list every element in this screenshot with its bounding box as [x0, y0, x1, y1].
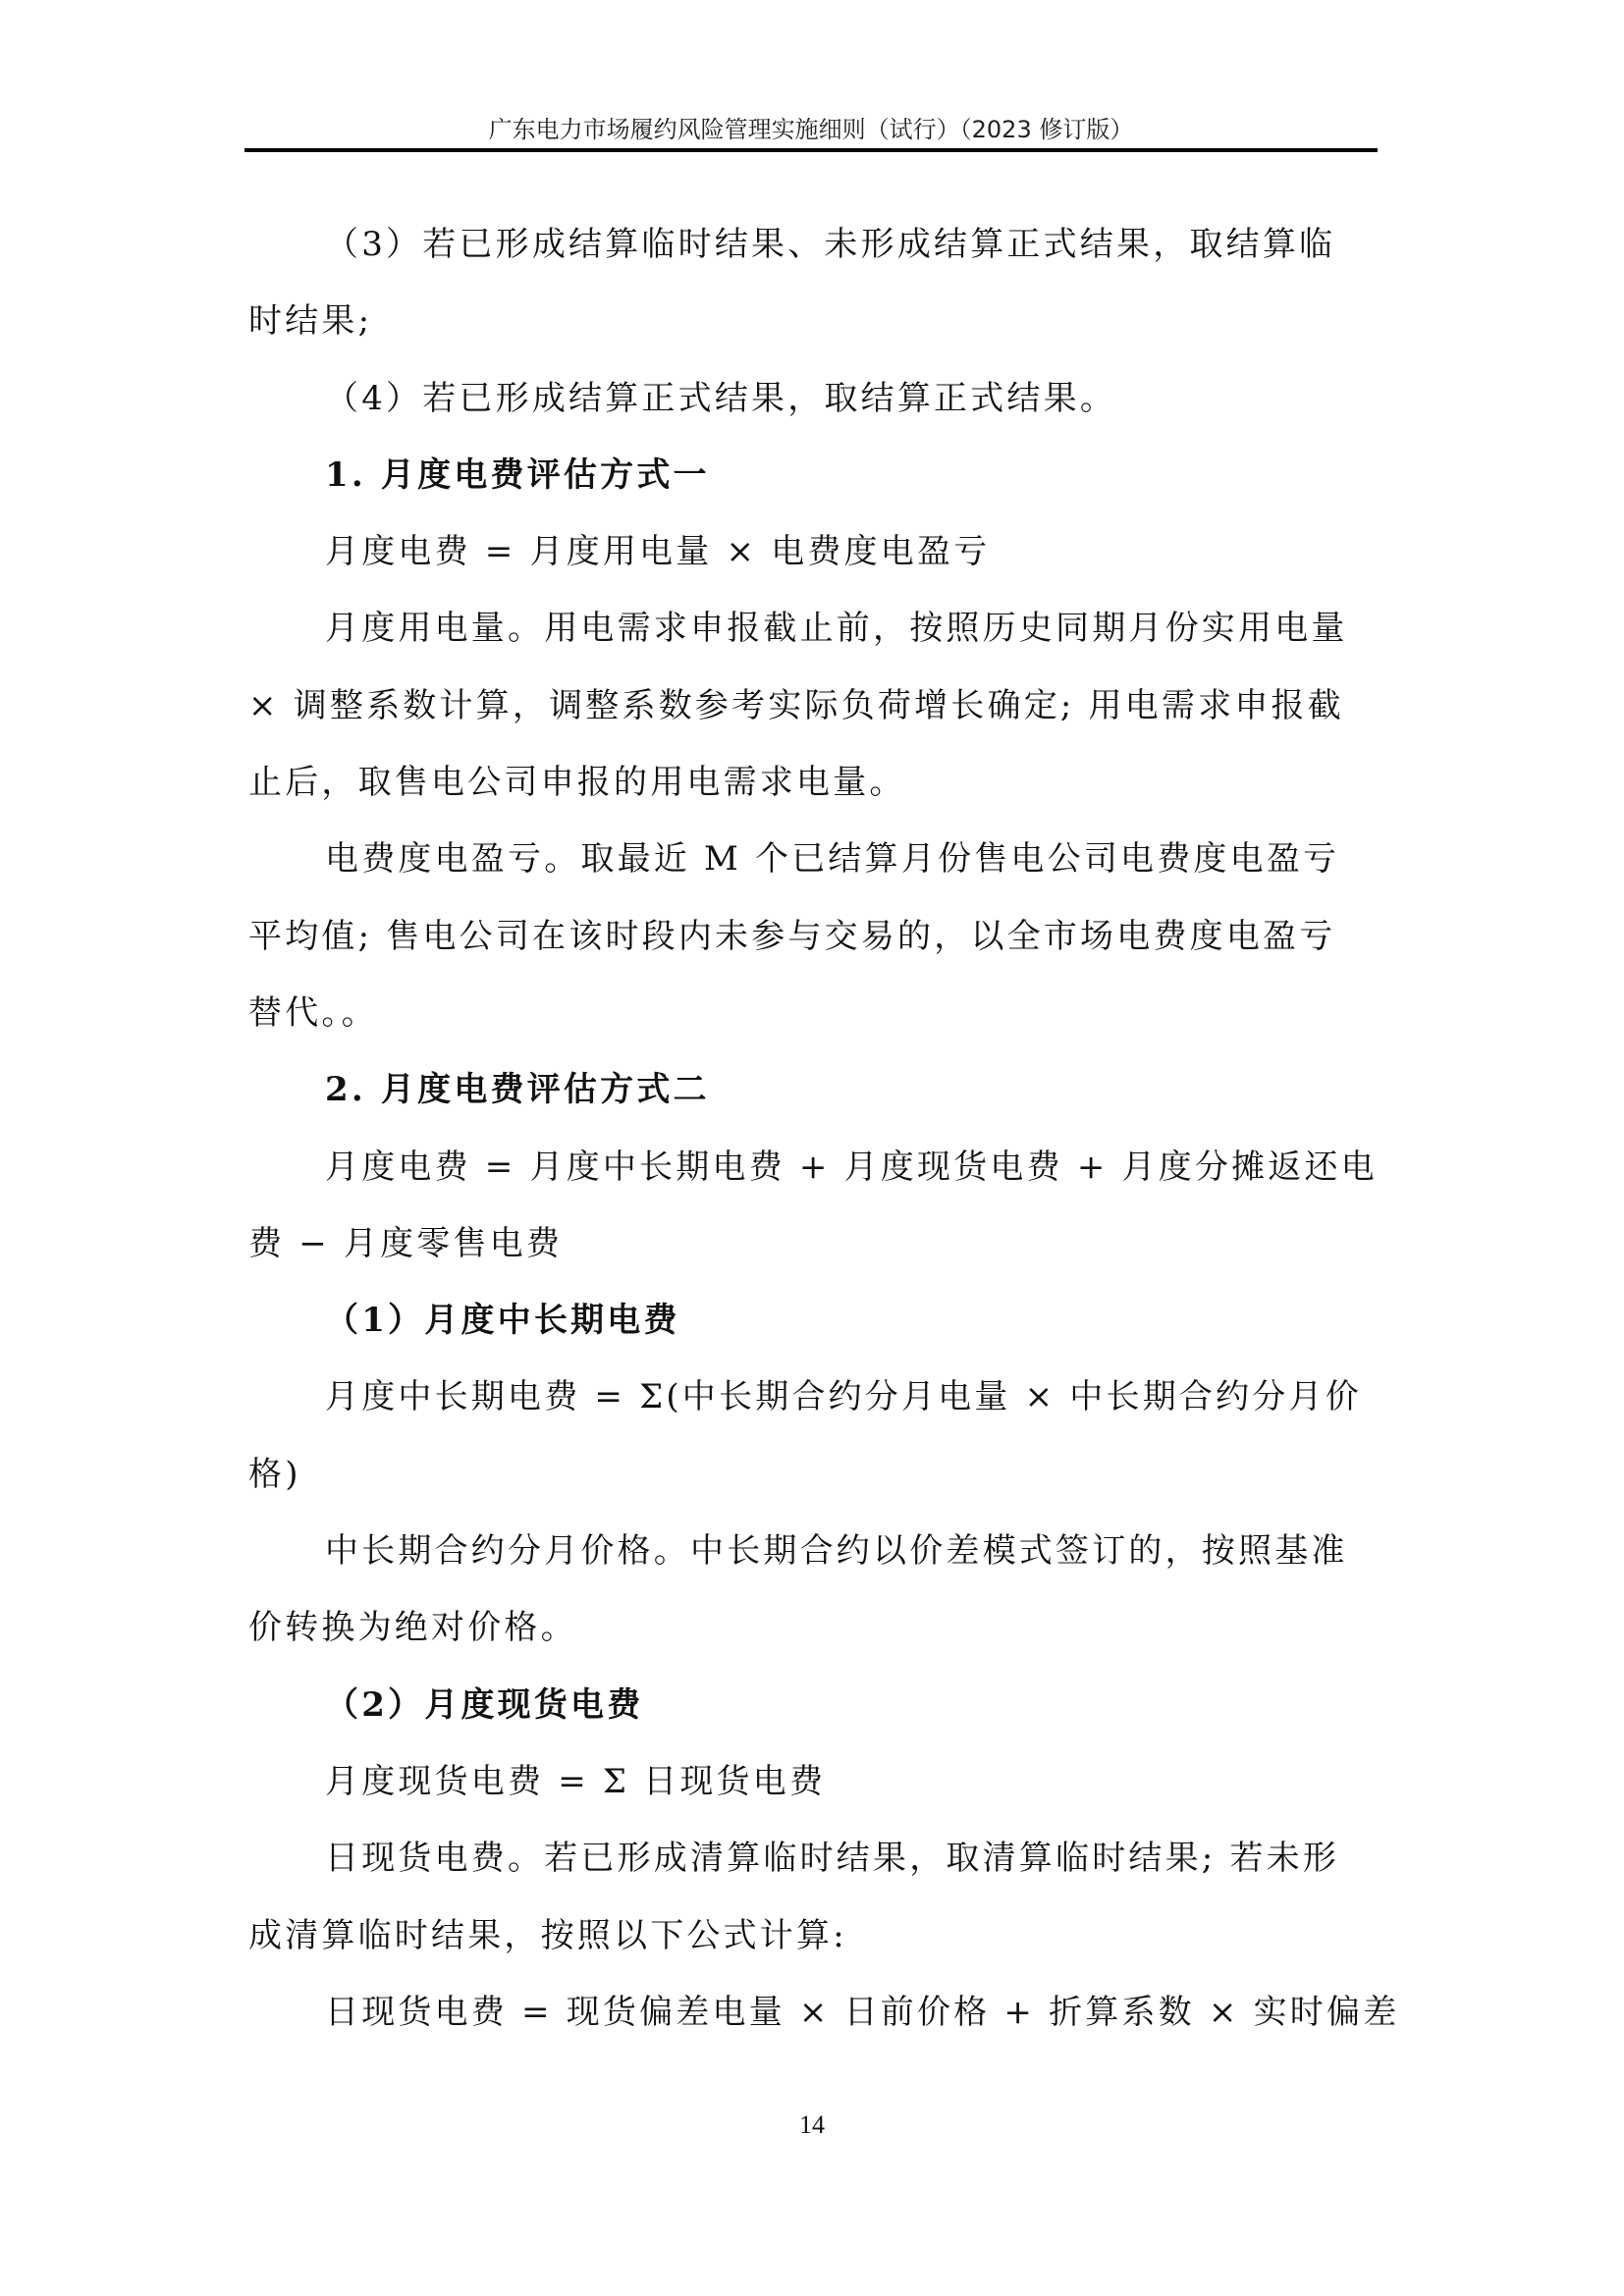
paragraph-line: 价转换为绝对价格。: [248, 1600, 1378, 1677]
paragraph-line: 日现货电费。若已形成清算临时结果，取清算临时结果; 若未形: [248, 1831, 1378, 1907]
section-heading: 1. 月度电费评估方式一: [248, 448, 1378, 524]
paragraph-line: 月度用电量。用电需求申报截止前，按照历史同期月份实用电量: [248, 601, 1378, 677]
subsection-heading: （2）月度现货电费: [248, 1678, 1378, 1754]
paragraph-line: 成清算临时结果，按照以下公式计算:: [248, 1908, 1378, 1985]
formula-line: 费 − 月度零售电费: [248, 1216, 1378, 1293]
paragraph-line: 中长期合约分月价格。中长期合约以价差模式签订的，按照基准: [248, 1523, 1378, 1600]
section-heading: 2. 月度电费评估方式二: [248, 1062, 1378, 1139]
formula-line: 日现货电费 = 现货偏差电量 × 日前价格 + 折算系数 × 实时偏差: [248, 1985, 1378, 2061]
header-divider: [244, 148, 1378, 152]
subsection-heading: （1）月度中长期电费: [248, 1293, 1378, 1369]
running-header-title: 广东电力市场履约风险管理实施细则（试行）（2023 修订版）: [244, 110, 1378, 144]
formula-line: 月度中长期电费 = Σ(中长期合约分月电量 × 中长期合约分月价: [248, 1369, 1378, 1446]
document-body: （3）若已形成结算临时结果、未形成结算正式结果，取结算临 时结果; （4）若已形…: [248, 217, 1378, 2061]
paragraph-line: 替代。。: [248, 986, 1378, 1062]
formula-line: 月度电费 = 月度用电量 × 电费度电盈亏: [248, 524, 1378, 601]
formula-line: 月度现货电费 = Σ 日现货电费: [248, 1754, 1378, 1831]
paragraph-line: 电费度电盈亏。取最近 M 个已结算月份售电公司电费度电盈亏: [248, 831, 1378, 908]
paragraph-line: （4）若已形成结算正式结果，取结算正式结果。: [248, 371, 1378, 448]
page-number: 14: [0, 2110, 1624, 2140]
formula-line: 月度电费 = 月度中长期电费 + 月度现货电费 + 月度分摊返还电: [248, 1140, 1378, 1216]
paragraph-line: 平均值; 售电公司在该时段内未参与交易的，以全市场电费度电盈亏: [248, 909, 1378, 986]
paragraph-line: （3）若已形成结算临时结果、未形成结算正式结果，取结算临: [248, 217, 1378, 294]
paragraph-line: 止后，取售电公司申报的用电需求电量。: [248, 755, 1378, 831]
formula-line: 格): [248, 1447, 1378, 1523]
paragraph-line: × 调整系数计算，调整系数参考实际负荷增长确定; 用电需求申报截: [248, 678, 1378, 755]
paragraph-line: 时结果;: [248, 294, 1378, 370]
